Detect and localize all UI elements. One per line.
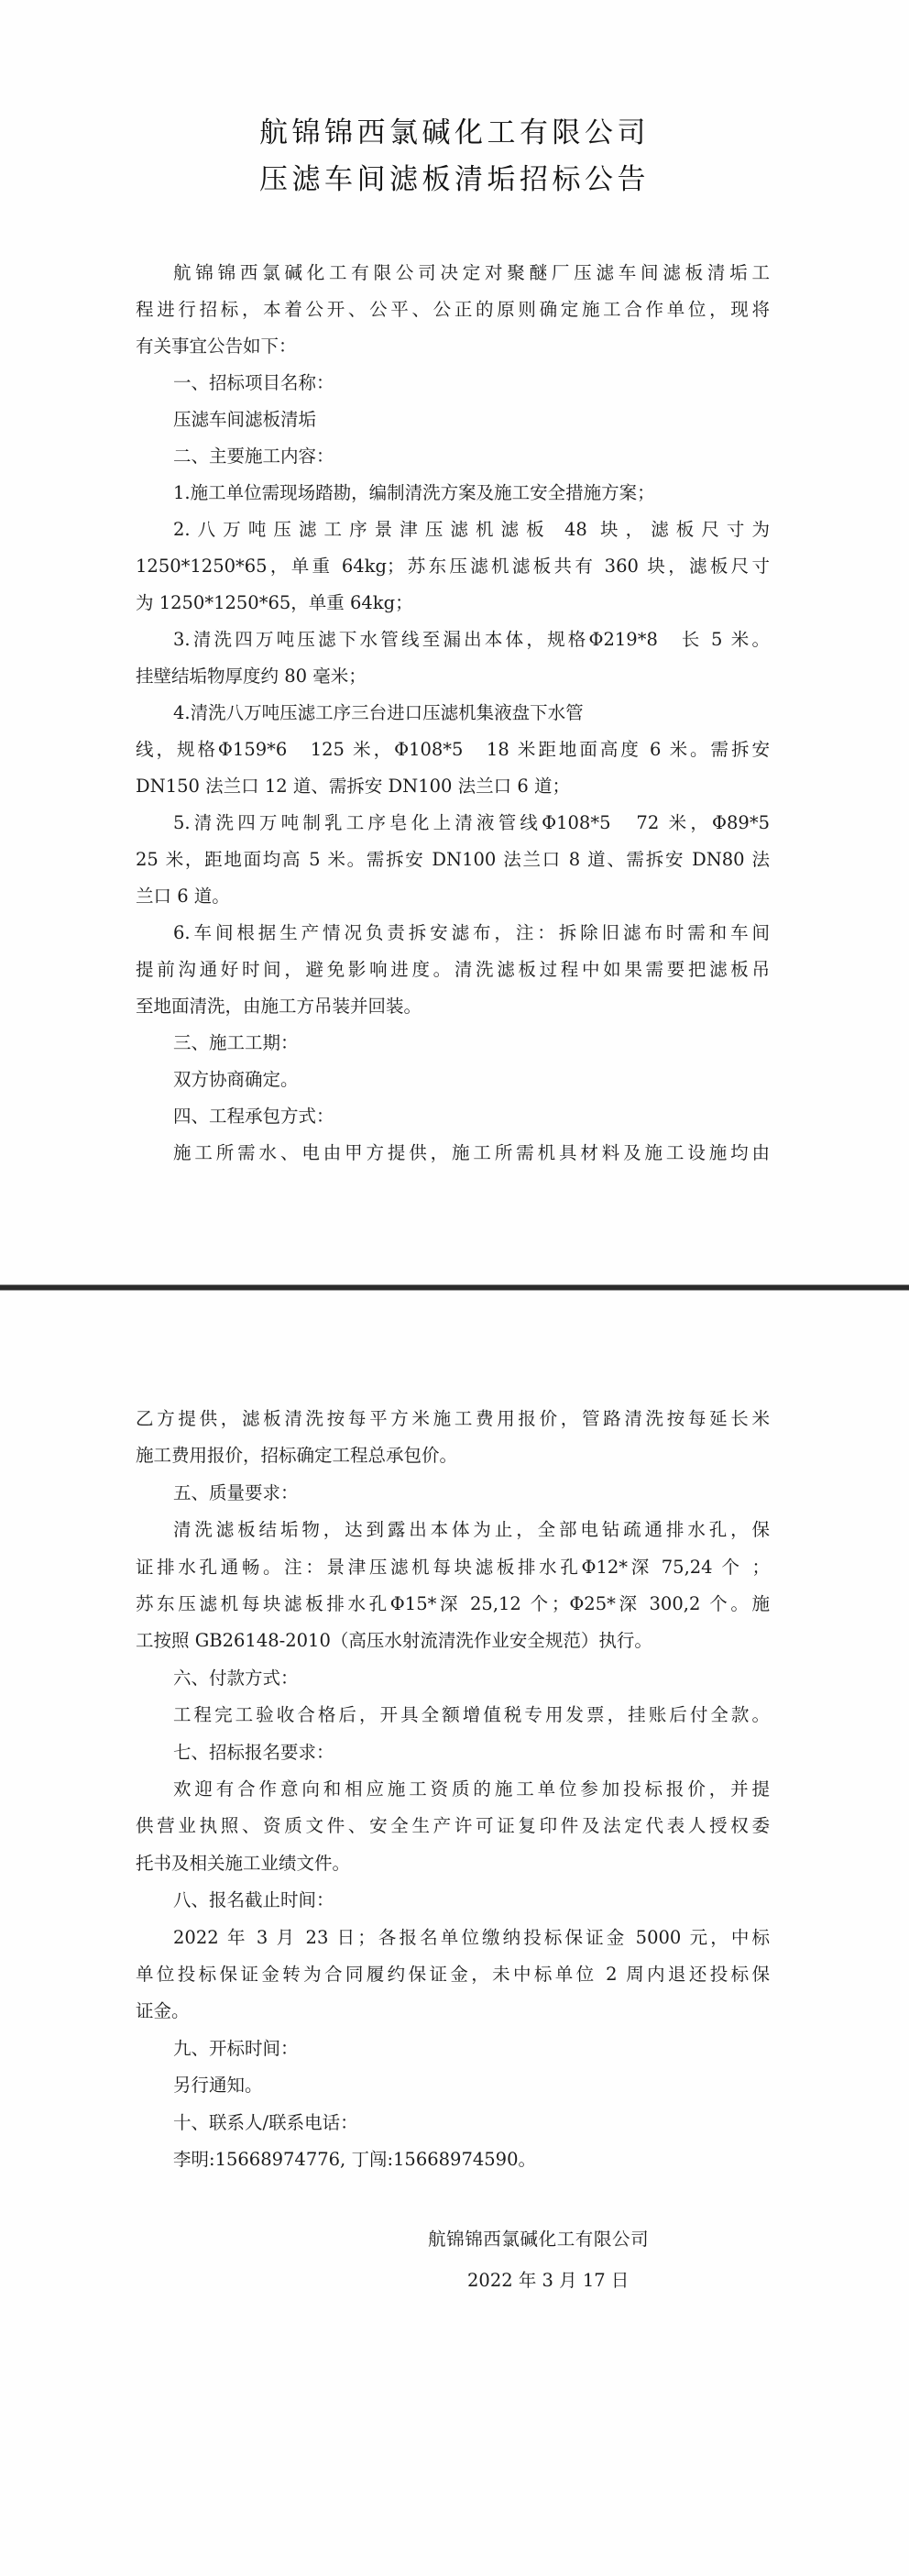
body-line: 25 米，距地面均高 5 米。需拆安 DN100 法兰口 8 道、需拆安 DN8… (136, 849, 770, 871)
signature-company: 航锦锦西氯碱化工有限公司 (428, 2229, 649, 2251)
body-line: 5.清洗四万吨制乳工序皂化上清液管线Φ108*5 72 米，Φ89*5 (173, 812, 770, 834)
body-line: 九、开标时间： (173, 2038, 770, 2060)
body-line: 有关事宜公告如下： (136, 336, 770, 358)
body-line: 4.清洗八万吨压滤工序三台进口压滤机集液盘下水管 (173, 702, 770, 724)
body-line: 3.清洗四万吨压滤下水管线至漏出本体，规格Φ219*8 长 5 米。 (173, 629, 770, 651)
body-line: 双方协商确定。 (173, 1069, 770, 1091)
body-line: 六、付款方式： (173, 1668, 770, 1690)
body-line: 李明:15668974776, 丁闯:15668974590。 (173, 2149, 770, 2171)
body-line: 6.车间根据生产情况负责拆安滤布，注：拆除旧滤布时需和车间 (173, 922, 770, 944)
body-line: 供营业执照、资质文件、安全生产许可证复印件及法定代表人授权委 (136, 1815, 770, 1837)
title-notice: 压滤车间滤板清垢招标公告 (0, 163, 909, 196)
page-break-divider (0, 1284, 909, 1291)
body-line: 提前沟通好时间，避免影响进度。清洗滤板过程中如果需要把滤板吊 (136, 959, 770, 981)
body-line: 1.施工单位需现场踏勘，编制清洗方案及施工安全措施方案； (173, 482, 770, 504)
body-line: 2.八万吨压滤工序景津压滤机滤板 48 块，滤板尺寸为 (173, 519, 770, 541)
body-line: 另行通知。 (173, 2075, 770, 2097)
body-line: 工程完工验收合格后，开具全额增值税专用发票，挂账后付全款。 (173, 1704, 770, 1726)
body-line: 航锦锦西氯碱化工有限公司决定对聚醚厂压滤车间滤板清垢工 (173, 262, 770, 284)
body-line: 施工所需水、电由甲方提供，施工所需机具材料及施工设施均由 (173, 1142, 770, 1164)
body-line: 兰口 6 道。 (136, 886, 770, 908)
body-line: 清洗滤板结垢物，达到露出本体为止，全部电钻疏通排水孔，保 (173, 1519, 770, 1541)
body-line: 证排水孔通畅。注：景津压滤机每块滤板排水孔Φ12*深 75,24 个 ； (136, 1557, 770, 1579)
document-page-2: 乙方提供，滤板清洗按每平方米施工费用报价，管路清洗按每延长米施工费用报价，招标确… (0, 1291, 909, 2576)
title-company: 航锦锦西氯碱化工有限公司 (0, 116, 909, 149)
body-line: 托书及相关施工业绩文件。 (136, 1853, 770, 1875)
body-line: 三、施工工期： (173, 1032, 770, 1054)
body-line: 十、联系人/联系电话： (173, 2112, 770, 2134)
body-line: 程进行招标，本着公开、公平、公正的原则确定施工合作单位，现将 (136, 299, 770, 321)
body-line: 线，规格Φ159*6 125 米，Φ108*5 18 米距地面高度 6 米。需拆… (136, 739, 770, 761)
body-line: 乙方提供，滤板清洗按每平方米施工费用报价，管路清洗按每延长米 (136, 1408, 770, 1430)
body-line: 证金。 (136, 2000, 770, 2022)
document-page-1: 航锦锦西氯碱化工有限公司 压滤车间滤板清垢招标公告 航锦锦西氯碱化工有限公司决定… (0, 0, 909, 1285)
body-line: 二、主要施工内容： (173, 446, 770, 468)
body-line: 四、工程承包方式： (173, 1106, 770, 1128)
body-line: 一、招标项目名称： (173, 372, 770, 394)
body-line: DN150 法兰口 12 道、需拆安 DN100 法兰口 6 道； (136, 776, 770, 798)
body-line: 工按照 GB26148-2010（高压水射流清洗作业安全规范）执行。 (136, 1630, 770, 1652)
body-line: 单位投标保证金转为合同履约保证金，未中标单位 2 周内退还投标保 (136, 1964, 770, 1986)
signature-date: 2022 年 3 月 17 日 (467, 2270, 629, 2292)
body-line: 欢迎有合作意向和相应施工资质的施工单位参加投标报价，并提 (173, 1778, 770, 1800)
body-line: 压滤车间滤板清垢 (173, 409, 770, 431)
body-line: 为 1250*1250*65，单重 64kg； (136, 592, 770, 614)
body-line: 苏东压滤机每块滤板排水孔Φ15*深 25,12 个；Φ25*深 300,2 个。… (136, 1593, 770, 1615)
body-line: 五、质量要求： (173, 1482, 770, 1504)
body-line: 施工费用报价，招标确定工程总承包价。 (136, 1445, 770, 1467)
body-line: 2022 年 3 月 23 日；各报名单位缴纳投标保证金 5000 元，中标 (173, 1927, 770, 1949)
body-line: 七、招标报名要求： (173, 1742, 770, 1764)
body-line: 挂壁结垢物厚度约 80 毫米； (136, 666, 770, 688)
body-line: 至地面清洗，由施工方吊装并回装。 (136, 996, 770, 1018)
body-line: 八、报名截止时间： (173, 1889, 770, 1911)
body-line: 1250*1250*65，单重 64kg；苏东压滤机滤板共有 360 块，滤板尺… (136, 556, 770, 578)
